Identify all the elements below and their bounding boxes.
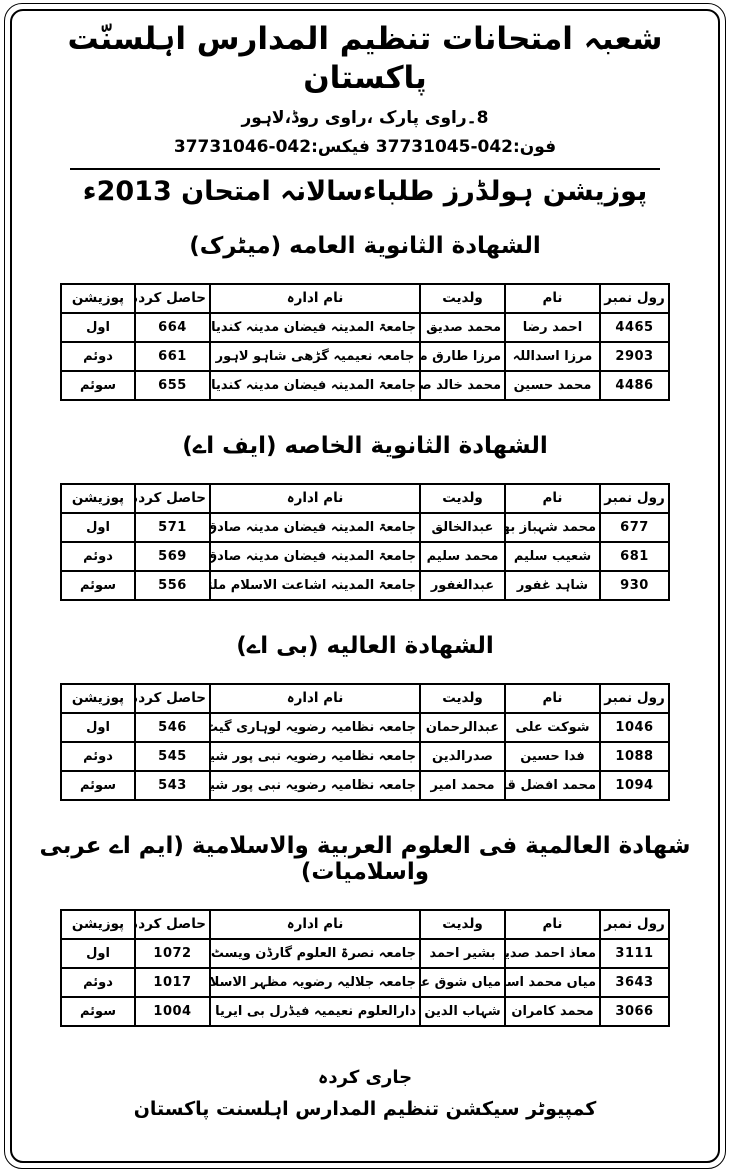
marks-cell: 664: [135, 313, 210, 342]
marks-cell: 569: [135, 542, 210, 571]
father-name-cell: عبدالغفور: [420, 571, 505, 600]
institute-cell: جامعۃ المدینہ فیضان مدینہ کندیاں میانوال…: [210, 313, 420, 342]
column-header: نام: [505, 284, 600, 313]
name-cell: معاذ احمد صدیقی: [505, 939, 600, 968]
doc-title: پوزیشن ہولڈرز طلباءسالانہ امتحان 2013ء: [22, 176, 708, 207]
name-cell: محمد شہباز بھٹی: [505, 513, 600, 542]
father-name-cell: محمد امیر: [420, 771, 505, 800]
name-cell: احمد رضا: [505, 313, 600, 342]
roll-cell: 930: [600, 571, 669, 600]
marks-cell: 546: [135, 713, 210, 742]
column-header: نام ادارہ: [210, 484, 420, 513]
roll-cell: 677: [600, 513, 669, 542]
name-cell: مرزا اسداللہ: [505, 342, 600, 371]
results-table: رول نمبرنامولدیتنام ادارہحاصل کردہ نمبرپ…: [60, 283, 670, 401]
header-row: رول نمبرنامولدیتنام ادارہحاصل کردہ نمبرپ…: [61, 684, 669, 713]
position-cell: سوئم: [61, 997, 135, 1026]
institute-cell: دارالعلوم نعیمیہ فیڈرل بی ایریا کراچی: [210, 997, 420, 1026]
column-header: پوزیشن: [61, 684, 135, 713]
footer: جاری کردہ کمپیوٹر سیکشن تنظیم المدارس اہ…: [22, 1067, 708, 1120]
institute-cell: جامعۃ المدینہ فیضان مدینہ صادق آباد: [210, 513, 420, 542]
institute-cell: جامعۃ المدینہ اشاعت الاسلام ملتان: [210, 571, 420, 600]
table-row: 4465احمد رضامحمد صدیق رضاجامعۃ المدینہ ف…: [61, 313, 669, 342]
issuer-name: کمپیوٹر سیکشن تنظیم المدارس اہلسنت پاکست…: [22, 1098, 708, 1120]
column-header: رول نمبر: [600, 484, 669, 513]
position-cell: دوئم: [61, 968, 135, 997]
institute-cell: جامعۃ المدینہ فیضان مدینہ کندیاں میانوال…: [210, 371, 420, 400]
column-header: حاصل کردہ نمبر: [135, 684, 210, 713]
table-row: 681شعیب سلیممحمد سلیمجامعۃ المدینہ فیضان…: [61, 542, 669, 571]
father-name-cell: محمد سلیم: [420, 542, 505, 571]
table-row: 3066محمد کامرانشہاب الدیندارالعلوم نعیمی…: [61, 997, 669, 1026]
name-cell: شعیب سلیم: [505, 542, 600, 571]
father-name-cell: محمد خالد صابری: [420, 371, 505, 400]
institute-cell: جامعہ نظامیہ رضویہ لوہاری گیٹ لاہور: [210, 713, 420, 742]
address-line: 8۔راوی پارک ،راوی روڈ،لاہور: [22, 107, 708, 128]
column-header: پوزیشن: [61, 284, 135, 313]
father-name-cell: مرزا طارق محمود: [420, 342, 505, 371]
column-header: حاصل کردہ نمبر: [135, 910, 210, 939]
sections: الشهادة الثانوية العامه (میٹرک) رول نمبر…: [22, 233, 708, 1027]
table-row: 3643میاں محمد اسحاقمیاں شوق عمرجامعہ جلا…: [61, 968, 669, 997]
marks-cell: 1004: [135, 997, 210, 1026]
marks-cell: 571: [135, 513, 210, 542]
column-header: ولدیت: [420, 684, 505, 713]
father-name-cell: بشیر احمد: [420, 939, 505, 968]
document-page: شعبہ امتحانات تنظیم المدارس اہلسنّت پاکس…: [0, 0, 730, 1174]
position-cell: اول: [61, 713, 135, 742]
position-cell: سوئم: [61, 571, 135, 600]
roll-cell: 3066: [600, 997, 669, 1026]
name-cell: فدا حسین: [505, 742, 600, 771]
section-title: الشهادة العاليه (بی اے): [22, 633, 708, 659]
position-cell: دوئم: [61, 542, 135, 571]
section-title: الشهادة الثانوية العامه (میٹرک): [22, 233, 708, 259]
marks-cell: 545: [135, 742, 210, 771]
marks-cell: 1017: [135, 968, 210, 997]
name-cell: میاں محمد اسحاق: [505, 968, 600, 997]
header-row: رول نمبرنامولدیتنام ادارہحاصل کردہ نمبرپ…: [61, 484, 669, 513]
marks-cell: 661: [135, 342, 210, 371]
roll-cell: 2903: [600, 342, 669, 371]
column-header: رول نمبر: [600, 910, 669, 939]
position-cell: دوئم: [61, 342, 135, 371]
column-header: نام: [505, 684, 600, 713]
marks-cell: 1072: [135, 939, 210, 968]
section-title: شهادة العالمية فى العلوم العربية والاسلا…: [22, 833, 708, 885]
marks-cell: 543: [135, 771, 210, 800]
name-cell: محمد افضل قادری: [505, 771, 600, 800]
column-header: ولدیت: [420, 284, 505, 313]
issued-by-label: جاری کردہ: [22, 1067, 708, 1088]
column-header: پوزیشن: [61, 484, 135, 513]
header-row: رول نمبرنامولدیتنام ادارہحاصل کردہ نمبرپ…: [61, 910, 669, 939]
table-row: 1046شوکت علیعبدالرحمانجامعہ نظامیہ رضویہ…: [61, 713, 669, 742]
table-row: 2903مرزا اسداللہمرزا طارق محمودجامعہ نعی…: [61, 342, 669, 371]
table-row: 677محمد شہباز بھٹیعبدالخالقجامعۃ المدینہ…: [61, 513, 669, 542]
table-row: 1088فدا حسینصدرالدینجامعہ نظامیہ رضویہ ن…: [61, 742, 669, 771]
org-name: شعبہ امتحانات تنظیم المدارس اہلسنّت پاکس…: [22, 20, 708, 98]
institute-cell: جامعہ جلالیہ رضویہ مظہر الاسلام داروغہ و…: [210, 968, 420, 997]
roll-cell: 1094: [600, 771, 669, 800]
roll-cell: 3111: [600, 939, 669, 968]
header-divider: [70, 168, 660, 170]
column-header: رول نمبر: [600, 684, 669, 713]
father-name-cell: محمد صدیق رضا: [420, 313, 505, 342]
father-name-cell: صدرالدین: [420, 742, 505, 771]
position-cell: اول: [61, 939, 135, 968]
institute-cell: جامعہ نظامیہ رضویہ نبی پور شیخوپورہ: [210, 742, 420, 771]
section-title: الشهادة الثانوية الخاصه (ایف اے): [22, 433, 708, 459]
table-row: 1094محمد افضل قادریمحمد امیرجامعہ نظامیہ…: [61, 771, 669, 800]
column-header: نام ادارہ: [210, 910, 420, 939]
results-table: رول نمبرنامولدیتنام ادارہحاصل کردہ نمبرپ…: [60, 683, 670, 801]
marks-cell: 556: [135, 571, 210, 600]
roll-cell: 4465: [600, 313, 669, 342]
name-cell: محمد حسین: [505, 371, 600, 400]
roll-cell: 3643: [600, 968, 669, 997]
column-header: ولدیت: [420, 910, 505, 939]
name-cell: شوکت علی: [505, 713, 600, 742]
column-header: حاصل کردہ نمبر: [135, 284, 210, 313]
position-cell: سوئم: [61, 371, 135, 400]
institute-cell: جامعہ نعیمیہ گڑھی شاہو لاہور: [210, 342, 420, 371]
marks-cell: 655: [135, 371, 210, 400]
name-cell: شاہد غفور: [505, 571, 600, 600]
column-header: نام ادارہ: [210, 684, 420, 713]
roll-cell: 1046: [600, 713, 669, 742]
results-table: رول نمبرنامولدیتنام ادارہحاصل کردہ نمبرپ…: [60, 483, 670, 601]
column-header: رول نمبر: [600, 284, 669, 313]
document-content: شعبہ امتحانات تنظیم المدارس اہلسنّت پاکس…: [22, 14, 708, 1160]
roll-cell: 4486: [600, 371, 669, 400]
result-section: الشهادة الثانوية الخاصه (ایف اے) رول نمب…: [22, 433, 708, 601]
results-table: رول نمبرنامولدیتنام ادارہحاصل کردہ نمبرپ…: [60, 909, 670, 1027]
result-section: الشهادة العاليه (بی اے) رول نمبرنامولدیت…: [22, 633, 708, 801]
table-row: 3111معاذ احمد صدیقیبشیر احمدجامعہ نصرۃ ا…: [61, 939, 669, 968]
position-cell: دوئم: [61, 742, 135, 771]
column-header: نام: [505, 484, 600, 513]
table-row: 930شاہد غفورعبدالغفورجامعۃ المدینہ اشاعت…: [61, 571, 669, 600]
roll-cell: 681: [600, 542, 669, 571]
position-cell: سوئم: [61, 771, 135, 800]
father-name-cell: عبدالخالق: [420, 513, 505, 542]
result-section: الشهادة الثانوية العامه (میٹرک) رول نمبر…: [22, 233, 708, 401]
institute-cell: جامعہ نصرۃ العلوم گارڈن ویسٹ کراچی: [210, 939, 420, 968]
phone-fax-line: فون:042-37731045 فیکس:042-37731046: [22, 137, 708, 157]
roll-cell: 1088: [600, 742, 669, 771]
column-header: نام ادارہ: [210, 284, 420, 313]
header-row: رول نمبرنامولدیتنام ادارہحاصل کردہ نمبرپ…: [61, 284, 669, 313]
institute-cell: جامعہ نظامیہ رضویہ نبی پور شیخوپورہ: [210, 771, 420, 800]
column-header: پوزیشن: [61, 910, 135, 939]
column-header: نام: [505, 910, 600, 939]
institute-cell: جامعۃ المدینہ فیضان مدینہ صادق آباد: [210, 542, 420, 571]
table-row: 4486محمد حسینمحمد خالد صابریجامعۃ المدین…: [61, 371, 669, 400]
column-header: ولدیت: [420, 484, 505, 513]
position-cell: اول: [61, 313, 135, 342]
father-name-cell: عبدالرحمان: [420, 713, 505, 742]
position-cell: اول: [61, 513, 135, 542]
father-name-cell: میاں شوق عمر: [420, 968, 505, 997]
result-section: شهادة العالمية فى العلوم العربية والاسلا…: [22, 833, 708, 1027]
father-name-cell: شہاب الدین: [420, 997, 505, 1026]
name-cell: محمد کامران: [505, 997, 600, 1026]
column-header: حاصل کردہ نمبر: [135, 484, 210, 513]
